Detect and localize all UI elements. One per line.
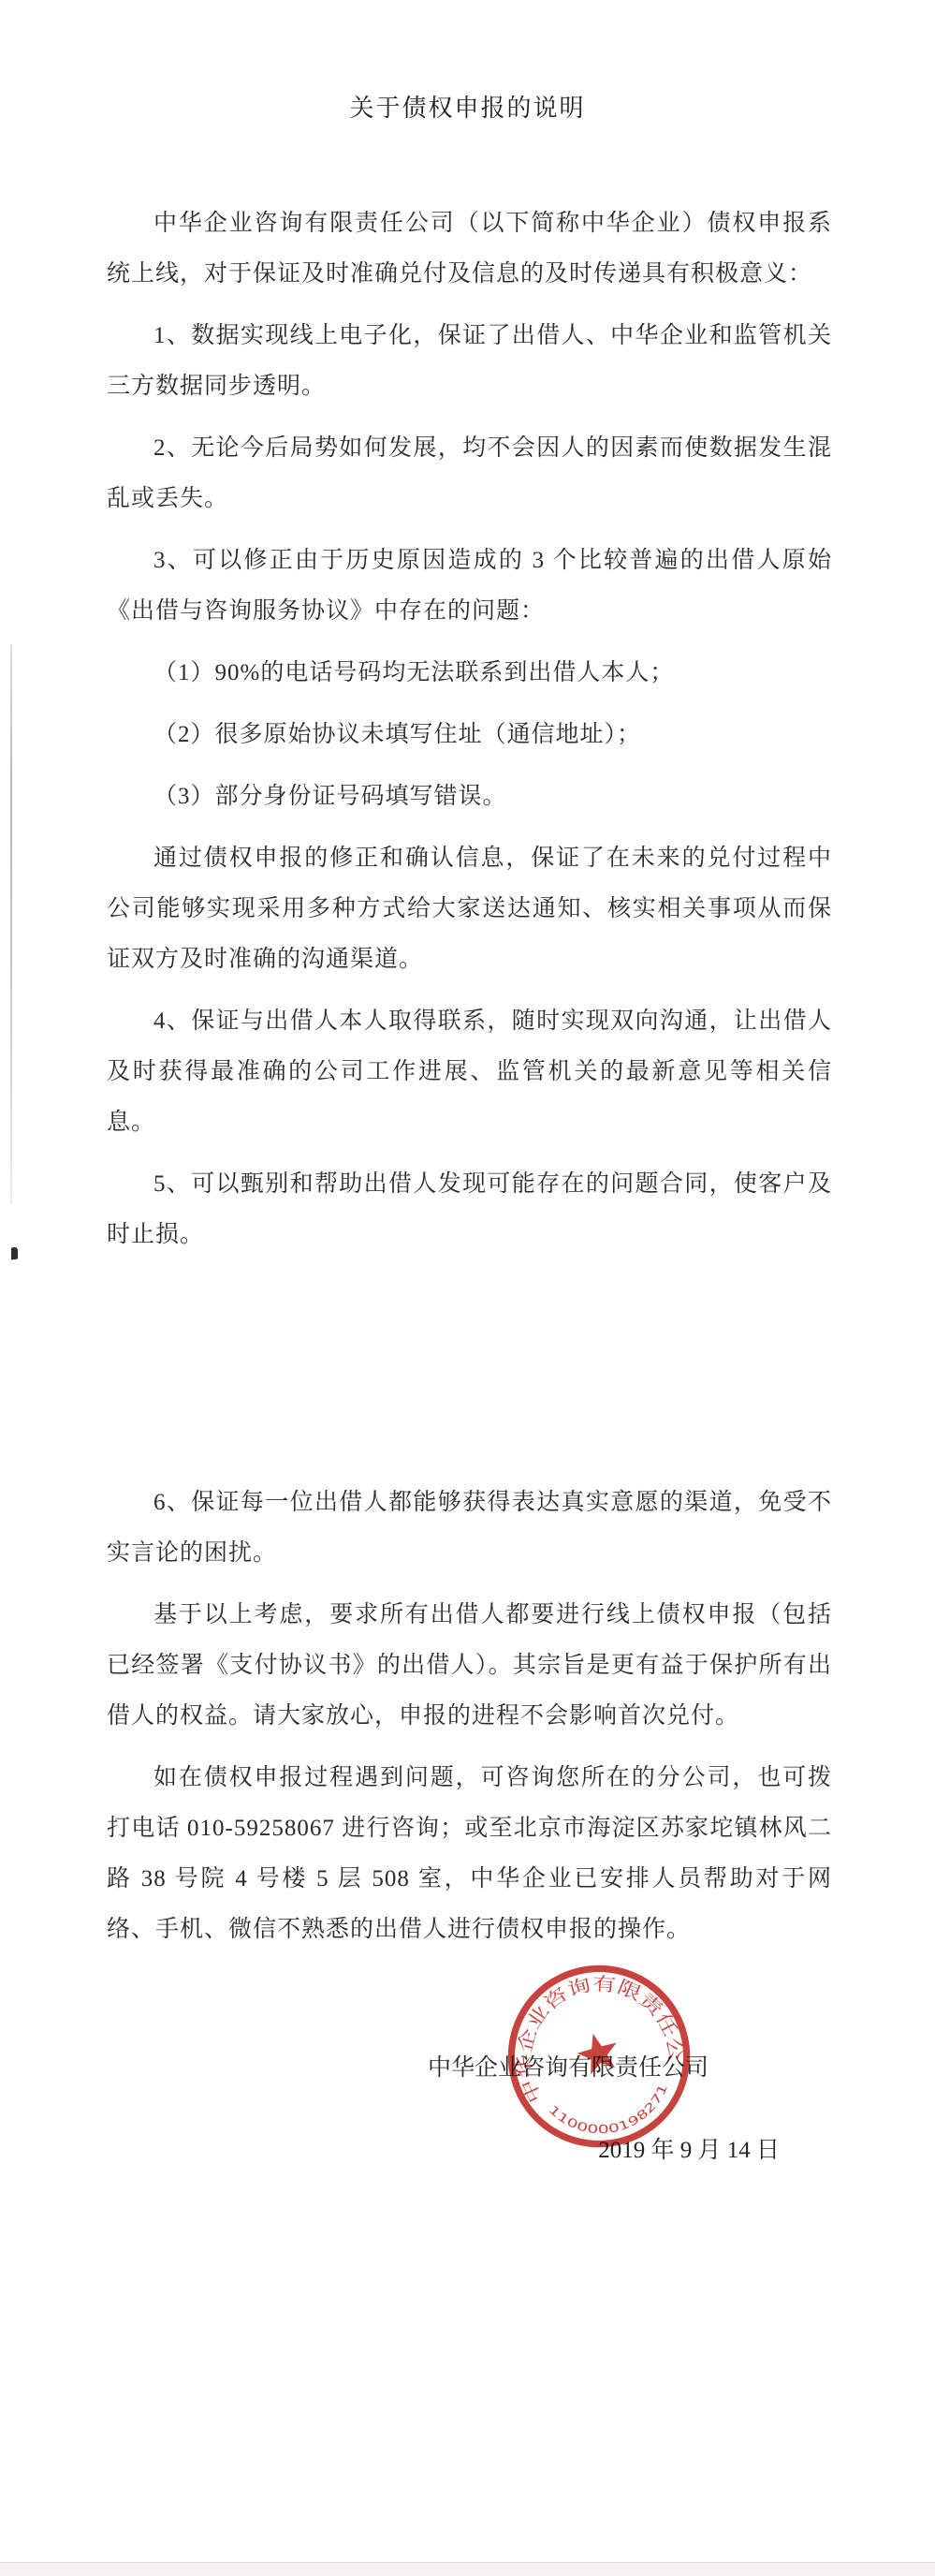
paragraph: 如在债权申报过程遇到问题，可咨询您所在的分公司，也可拨打电话 010-59258…: [107, 1753, 832, 1955]
scan-artifact-line: [10, 644, 12, 1204]
document-body: 中华企业咨询有限责任公司（以下简称中华企业）债权申报系统上线，对于保证及时准确兑…: [107, 199, 832, 1955]
ink-speck-artifact: [11, 1246, 18, 1259]
paragraph: 4、保证与出借人本人取得联系，随时实现双向沟通，让出借人及时获得最准确的公司工作…: [107, 996, 832, 1148]
scanned-document-page: 关于债权申报的说明 中华企业咨询有限责任公司（以下简称中华企业）债权申报系统上线…: [0, 0, 935, 2576]
paragraph: 2、无论今后局势如何发展，均不会因人的因素而使数据发生混乱或丢失。: [107, 423, 832, 524]
signature-company: 中华企业咨询有限责任公司: [0, 2043, 935, 2094]
footer-strip: [0, 2562, 935, 2576]
paragraph: 基于以上考虑，要求所有出借人都要进行线上债权申报（包括已经签署《支付协议书》的出…: [107, 1590, 832, 1742]
paragraph: 中华企业咨询有限责任公司（以下简称中华企业）债权申报系统上线，对于保证及时准确兑…: [107, 199, 832, 300]
document-title: 关于债权申报的说明: [0, 90, 935, 127]
paragraph: 6、保证每一位出借人都能够获得表达真实意愿的渠道，免受不实言论的困扰。: [107, 1478, 832, 1579]
signature-date: 2019 年 9 月 14 日: [0, 2126, 935, 2176]
signature-block: 中华企业咨询有限责任公司 2019 年 9 月 14 日: [0, 2043, 935, 2176]
paragraph: 1、数据实现线上电子化，保证了出借人、中华企业和监管机关三方数据同步透明。: [107, 311, 832, 412]
paragraph: 5、可以甄别和帮助出借人发现可能存在的问题合同，使客户及时止损。: [107, 1159, 832, 1260]
paragraph: 3、可以修正由于历史原因造成的 3 个比较普遍的出借人原始《出借与咨询服务协议》…: [107, 536, 832, 637]
paragraph: （1）90%的电话号码均无法联系到出借人本人；: [107, 648, 832, 699]
paragraph: 通过债权申报的修正和确认信息，保证了在未来的兑付过程中公司能够实现采用多种方式给…: [107, 833, 832, 985]
paragraph: （3）部分身份证号码填写错误。: [107, 772, 832, 822]
paragraph: （2）很多原始协议未填写住址（通信地址）；: [107, 710, 832, 760]
